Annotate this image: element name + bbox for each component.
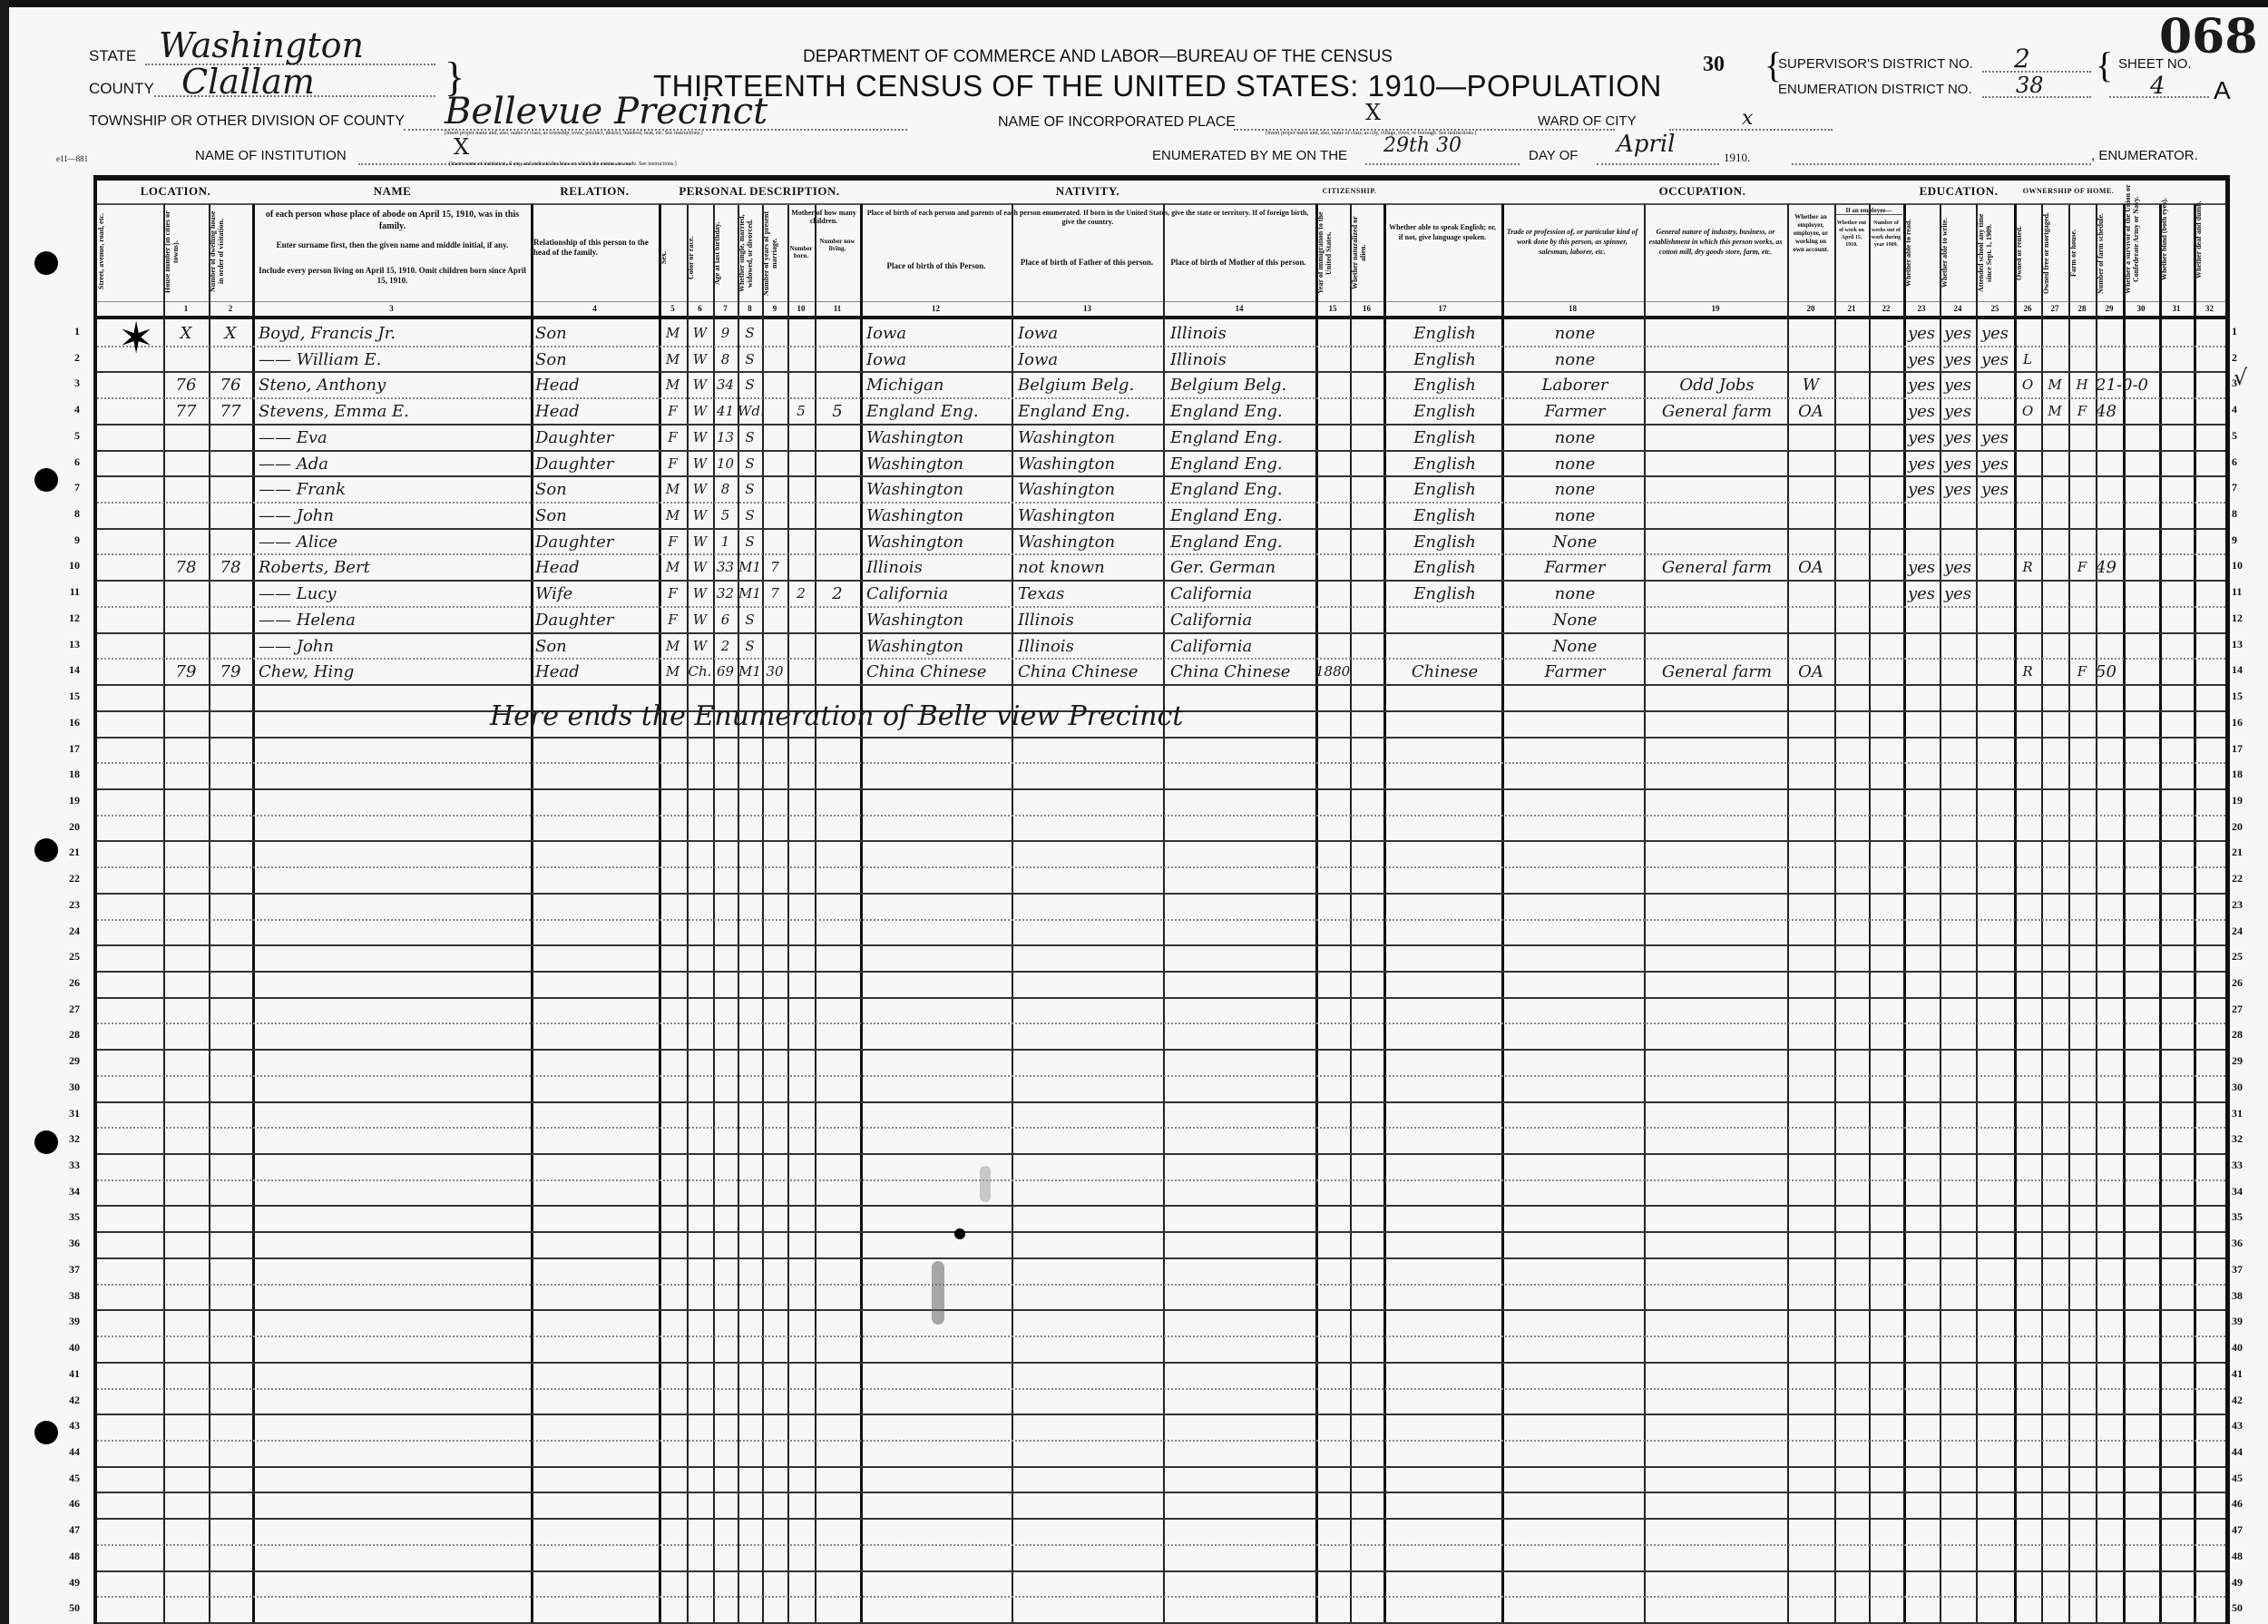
cell-trade[interactable]: Farmer — [1506, 398, 1644, 425]
cell-trade[interactable]: Farmer — [1506, 554, 1644, 581]
row-rule — [97, 1466, 2225, 1468]
cell-read[interactable]: yes — [1903, 372, 1940, 398]
cell-father[interactable]: Iowa — [1018, 320, 1163, 347]
cell-write[interactable]: yes — [1940, 581, 1976, 607]
cell-schedule[interactable]: 50 — [2096, 659, 2195, 685]
line-number-left: 33 — [53, 1159, 80, 1172]
cell-marital[interactable]: S — [738, 476, 762, 503]
cell-relation[interactable]: Head — [535, 659, 659, 685]
cell-marital[interactable]: S — [738, 372, 762, 398]
cell-birth[interactable]: England Eng. — [866, 398, 1012, 425]
cell-color[interactable]: W — [687, 529, 713, 555]
cell-mother[interactable]: China Chinese — [1170, 659, 1315, 685]
line-number-right: 7 — [2232, 481, 2259, 494]
cell-color[interactable]: W — [687, 476, 713, 503]
row-rule — [97, 1492, 2225, 1493]
line-number-left: 19 — [53, 794, 80, 807]
cell-marital[interactable]: S — [738, 320, 762, 347]
cell-birth[interactable]: Washington — [866, 476, 1012, 503]
cell-relation[interactable]: Son — [535, 633, 659, 660]
incorporated-value[interactable]: X — [1365, 100, 1381, 125]
cell-sex[interactable]: F — [659, 529, 687, 555]
cell-father[interactable]: Washington — [1018, 425, 1163, 451]
cell-father[interactable]: England Eng. — [1018, 398, 1163, 425]
line-number-right: 34 — [2232, 1185, 2259, 1198]
cell-dwelling[interactable]: 76 — [163, 372, 209, 398]
cell-name[interactable]: —— Helena — [259, 607, 531, 633]
line-number-left: 18 — [53, 768, 80, 781]
cell-birth[interactable]: Washington — [866, 529, 1012, 555]
cell-relation[interactable]: Daughter — [535, 607, 659, 633]
cell-trade[interactable]: none — [1506, 320, 1644, 347]
cell-years-married[interactable]: 7 — [762, 554, 787, 581]
cell-dwelling[interactable]: 77 — [163, 398, 209, 425]
cell-industry[interactable]: Odd Jobs — [1647, 372, 1787, 398]
cell-employer[interactable]: OA — [1787, 398, 1834, 425]
cell-age[interactable]: 33 — [713, 554, 738, 581]
cell-father[interactable]: Washington — [1018, 476, 1163, 503]
cell-sex[interactable]: M — [659, 372, 687, 398]
county-value[interactable]: Clallam — [181, 62, 315, 102]
column-number: 17 — [1383, 304, 1501, 313]
cell-father[interactable]: Iowa — [1018, 347, 1163, 373]
cell-marital[interactable]: S — [738, 451, 762, 477]
cell-father[interactable]: Washington — [1018, 451, 1163, 477]
cell-trade[interactable]: None — [1506, 529, 1644, 555]
line-number-right: 1 — [2232, 325, 2259, 338]
star-mark-icon: ✶ — [118, 318, 154, 361]
cell-write[interactable]: yes — [1940, 425, 1976, 451]
cell-mother[interactable]: England Eng. — [1170, 529, 1315, 555]
cell-marital[interactable]: S — [738, 633, 762, 660]
cell-mother[interactable]: Illinois — [1170, 347, 1315, 373]
cell-name[interactable]: Stevens, Emma E. — [259, 398, 531, 425]
line-number-left: 42 — [53, 1394, 80, 1407]
cell-birth[interactable]: Washington — [866, 425, 1012, 451]
cell-schedule[interactable]: 21-0-0 — [2096, 372, 2195, 398]
cell-name[interactable]: —— Ada — [259, 451, 531, 477]
line-number-left: 37 — [53, 1263, 80, 1277]
cell-mother[interactable]: California — [1170, 633, 1315, 660]
cell-write[interactable]: yes — [1940, 347, 1976, 373]
institution-value[interactable]: X — [454, 134, 469, 160]
cell-relation[interactable]: Daughter — [535, 529, 659, 555]
cell-age[interactable]: 34 — [713, 372, 738, 398]
cell-father[interactable]: Belgium Belg. — [1018, 372, 1163, 398]
colhead-marital: Whether single, married, widowed, or div… — [738, 209, 761, 298]
cell-dwelling[interactable]: X — [163, 320, 209, 347]
cell-employer[interactable]: OA — [1787, 659, 1834, 685]
cell-years-married[interactable]: 7 — [762, 581, 787, 607]
column-number: 23 — [1903, 304, 1940, 313]
cell-age[interactable]: 9 — [713, 320, 738, 347]
cell-sex[interactable]: M — [659, 503, 687, 529]
line-number-left: 14 — [53, 663, 80, 677]
cell-language[interactable]: English — [1388, 581, 1501, 607]
cell-age[interactable]: 1 — [713, 529, 738, 555]
row-rule — [97, 1179, 2225, 1181]
cell-trade[interactable]: Farmer — [1506, 659, 1644, 685]
cell-employer[interactable]: OA — [1787, 554, 1834, 581]
row-rule — [97, 762, 2225, 764]
cell-language[interactable]: English — [1388, 529, 1501, 555]
line-number-right: 44 — [2232, 1445, 2259, 1459]
cell-trade[interactable]: none — [1506, 476, 1644, 503]
cell-marital[interactable]: S — [738, 503, 762, 529]
cell-read[interactable]: yes — [1903, 581, 1940, 607]
cell-relation[interactable]: Head — [535, 372, 659, 398]
department-heading: DEPARTMENT OF COMMERCE AND LABOR—BUREAU … — [803, 47, 1393, 67]
cell-trade[interactable]: none — [1506, 451, 1644, 477]
cell-write[interactable]: yes — [1940, 476, 1976, 503]
cell-color[interactable]: W — [687, 633, 713, 660]
cell-write[interactable]: yes — [1940, 320, 1976, 347]
colhead-deaf: Whether deaf and dumb. — [2195, 181, 2227, 298]
month-value[interactable]: April — [1617, 131, 1675, 158]
line-number-right: 38 — [2232, 1289, 2259, 1303]
colhead-owned: Owned or rented. — [2015, 209, 2040, 298]
cell-language[interactable]: English — [1388, 554, 1501, 581]
cell-dwelling[interactable]: 78 — [163, 554, 209, 581]
cell-marital[interactable]: M1 — [738, 554, 762, 581]
cell-father[interactable]: Washington — [1018, 503, 1163, 529]
cell-age[interactable]: 69 — [713, 659, 738, 685]
cell-mother[interactable]: California — [1170, 607, 1315, 633]
cell-trade[interactable]: none — [1506, 503, 1644, 529]
cell-sex[interactable]: M — [659, 320, 687, 347]
cell-read[interactable]: yes — [1903, 320, 1940, 347]
cell-language[interactable]: English — [1388, 398, 1501, 425]
cell-mother[interactable]: Belgium Belg. — [1170, 372, 1315, 398]
cell-marital[interactable]: S — [738, 529, 762, 555]
cell-name[interactable]: —— Eva — [259, 425, 531, 451]
cell-color[interactable]: W — [687, 607, 713, 633]
cell-read[interactable]: yes — [1903, 425, 1940, 451]
cell-trade[interactable]: none — [1506, 581, 1644, 607]
cell-relation[interactable]: Daughter — [535, 425, 659, 451]
line-number-left: 10 — [53, 559, 80, 572]
margin-check-mark: √ — [2234, 365, 2247, 390]
cell-father[interactable]: Illinois — [1018, 607, 1163, 633]
cell-color[interactable]: W — [687, 398, 713, 425]
cell-free[interactable]: M — [2041, 372, 2068, 398]
cell-farm[interactable]: H — [2068, 372, 2096, 398]
cell-years-married[interactable]: 30 — [762, 659, 787, 685]
cell-school[interactable]: yes — [1976, 425, 2014, 451]
cell-trade[interactable]: None — [1506, 607, 1644, 633]
cell-marital[interactable]: M1 — [738, 659, 762, 685]
month-line — [1597, 163, 1719, 165]
cell-dwelling[interactable]: 79 — [163, 659, 209, 685]
cell-born[interactable]: 5 — [787, 398, 815, 425]
cell-name[interactable]: Chew, Hing — [259, 659, 531, 685]
cell-farm[interactable]: F — [2068, 398, 2096, 425]
cell-birth[interactable]: Washington — [866, 503, 1012, 529]
line-number-right: 32 — [2232, 1132, 2259, 1146]
cell-birth[interactable]: California — [866, 581, 1012, 607]
row-rule — [97, 840, 2225, 842]
cell-free[interactable]: M — [2041, 398, 2068, 425]
township-note: [Insert proper name and, also, name of c… — [445, 131, 703, 136]
cell-living[interactable]: 2 — [815, 581, 860, 607]
cell-birth[interactable]: Washington — [866, 451, 1012, 477]
cell-name[interactable]: —— John — [259, 633, 531, 660]
cell-relation[interactable]: Daughter — [535, 451, 659, 477]
cell-read[interactable]: yes — [1903, 554, 1940, 581]
cell-color[interactable]: W — [687, 503, 713, 529]
line-number-left: 27 — [53, 1003, 80, 1016]
cell-relation[interactable]: Head — [535, 554, 659, 581]
line-number-left: 21 — [53, 846, 80, 859]
cell-birth[interactable]: Iowa — [866, 347, 1012, 373]
line-number-left: 3 — [53, 377, 80, 390]
cell-marital[interactable]: S — [738, 347, 762, 373]
colhead-read: Whether able to read. — [1904, 209, 1939, 298]
cell-color[interactable]: W — [687, 451, 713, 477]
cell-owned[interactable]: L — [2014, 347, 2041, 373]
cell-language[interactable]: English — [1388, 425, 1501, 451]
cell-birth[interactable]: Washington — [866, 633, 1012, 660]
cell-owned[interactable]: O — [2014, 398, 2041, 425]
row-rule — [97, 737, 2225, 739]
cell-relation[interactable]: Son — [535, 503, 659, 529]
cell-name[interactable]: Steno, Anthony — [259, 372, 531, 398]
cell-mother[interactable]: Illinois — [1170, 320, 1315, 347]
cell-age[interactable]: 10 — [713, 451, 738, 477]
line-number-left: 6 — [53, 455, 80, 469]
cell-language[interactable]: English — [1388, 451, 1501, 477]
line-number-right: 11 — [2232, 585, 2259, 599]
cell-father[interactable]: not known — [1018, 554, 1163, 581]
scan-edge-top — [0, 0, 2268, 7]
column-number: 4 — [531, 304, 659, 313]
line-number-left: 26 — [53, 976, 80, 990]
cell-age[interactable]: 32 — [713, 581, 738, 607]
state-value[interactable]: Washington — [159, 25, 364, 65]
cell-name[interactable]: —— William E. — [259, 347, 531, 373]
column-number: 15 — [1315, 304, 1350, 313]
cell-living[interactable]: 5 — [815, 398, 860, 425]
cell-mother[interactable]: Ger. German — [1170, 554, 1315, 581]
cell-sex[interactable]: M — [659, 554, 687, 581]
row-rule — [97, 893, 2225, 895]
line-number-right: 4 — [2232, 403, 2259, 416]
enumeration-value[interactable]: 38 — [2016, 73, 2044, 98]
cell-family[interactable]: 79 — [209, 659, 252, 685]
cell-family[interactable]: 77 — [209, 398, 252, 425]
line-number-right: 23 — [2232, 898, 2259, 912]
cell-immigration[interactable]: 1880 — [1315, 659, 1350, 685]
cell-schedule[interactable]: 49 — [2096, 554, 2195, 581]
cell-sex[interactable]: F — [659, 425, 687, 451]
cell-sex[interactable]: F — [659, 581, 687, 607]
cell-marital[interactable]: Wd. — [738, 398, 762, 425]
cell-father[interactable]: Texas — [1018, 581, 1163, 607]
cell-trade[interactable]: Laborer — [1506, 372, 1644, 398]
cell-farm[interactable]: F — [2068, 554, 2096, 581]
cell-age[interactable]: 2 — [713, 633, 738, 660]
row-rule — [97, 866, 2225, 868]
cell-schedule[interactable]: 48 — [2096, 398, 2195, 425]
line-number-left: 43 — [53, 1419, 80, 1433]
cell-birth[interactable]: Michigan — [866, 372, 1012, 398]
enumerated-day-value[interactable]: 29th 30 — [1383, 134, 1461, 157]
cell-school[interactable]: yes — [1976, 320, 2014, 347]
supervisor-value[interactable]: 2 — [2014, 44, 2030, 73]
cell-age[interactable]: 13 — [713, 425, 738, 451]
column-number: 1 — [163, 304, 209, 313]
cell-color[interactable]: W — [687, 320, 713, 347]
cell-language[interactable]: English — [1388, 347, 1501, 373]
cell-trade[interactable]: None — [1506, 633, 1644, 660]
cell-marital[interactable]: S — [738, 607, 762, 633]
cell-school[interactable]: yes — [1976, 347, 2014, 373]
cell-age[interactable]: 5 — [713, 503, 738, 529]
sheet-side: A — [2214, 76, 2231, 105]
row-rule — [97, 944, 2225, 946]
line-number-right: 42 — [2232, 1394, 2259, 1407]
column-number: 22 — [1869, 304, 1903, 313]
cell-family[interactable]: 76 — [209, 372, 252, 398]
form-number: 30 — [1703, 53, 1725, 77]
cell-farm[interactable]: F — [2068, 659, 2096, 685]
cell-father[interactable]: Illinois — [1018, 633, 1163, 660]
cell-language[interactable]: Chinese — [1388, 659, 1501, 685]
cell-relation[interactable]: Son — [535, 476, 659, 503]
body-top-rule — [97, 316, 2225, 319]
cell-trade[interactable]: none — [1506, 425, 1644, 451]
cell-language[interactable]: English — [1388, 476, 1501, 503]
cell-sex[interactable]: M — [659, 347, 687, 373]
cell-industry[interactable]: General farm — [1647, 659, 1787, 685]
cell-birth[interactable]: Illinois — [866, 554, 1012, 581]
cell-birth[interactable]: Washington — [866, 607, 1012, 633]
cell-father[interactable]: China Chinese — [1018, 659, 1163, 685]
cell-age[interactable]: 8 — [713, 347, 738, 373]
cell-owned[interactable]: R — [2014, 554, 2041, 581]
cell-age[interactable]: 8 — [713, 476, 738, 503]
cell-write[interactable]: yes — [1940, 554, 1976, 581]
cell-name[interactable]: Boyd, Francis Jr. — [259, 320, 531, 347]
cell-relation[interactable]: Head — [535, 398, 659, 425]
column-number: 25 — [1976, 304, 2014, 313]
cell-color[interactable]: W — [687, 347, 713, 373]
cell-sex[interactable]: F — [659, 398, 687, 425]
line-number-right: 29 — [2232, 1054, 2259, 1068]
cell-marital[interactable]: M1 — [738, 581, 762, 607]
cell-mother[interactable]: California — [1170, 581, 1315, 607]
cell-father[interactable]: Washington — [1018, 529, 1163, 555]
ward-value[interactable]: x — [1742, 107, 1753, 130]
colhead-name-2: Enter surname first, then the given name… — [259, 240, 526, 250]
cell-language[interactable]: English — [1388, 503, 1501, 529]
line-number-left: 15 — [53, 690, 80, 703]
line-number-left: 16 — [53, 716, 80, 729]
cell-mother[interactable]: England Eng. — [1170, 503, 1315, 529]
cell-mother[interactable]: England Eng. — [1170, 451, 1315, 477]
cell-name[interactable]: —— John — [259, 503, 531, 529]
cell-name[interactable]: —— Alice — [259, 529, 531, 555]
line-number-right: 30 — [2232, 1081, 2259, 1094]
cell-school[interactable]: yes — [1976, 451, 2014, 477]
cell-write[interactable]: yes — [1940, 451, 1976, 477]
cell-color[interactable]: Ch. — [687, 659, 713, 685]
cell-marital[interactable]: S — [738, 425, 762, 451]
row-rule — [97, 1544, 2225, 1546]
cell-relation[interactable]: Son — [535, 347, 659, 373]
column-number: 5 — [659, 304, 687, 313]
cell-birth[interactable]: Iowa — [866, 320, 1012, 347]
cell-sex[interactable]: M — [659, 476, 687, 503]
cell-mother[interactable]: England Eng. — [1170, 476, 1315, 503]
cell-industry[interactable]: General farm — [1647, 554, 1787, 581]
cell-write[interactable]: yes — [1940, 372, 1976, 398]
line-number-left: 2 — [53, 351, 80, 365]
line-number-right: 12 — [2232, 611, 2259, 625]
row-rule — [97, 1075, 2225, 1077]
cell-language[interactable]: English — [1388, 320, 1501, 347]
cell-owned[interactable]: O — [2014, 372, 2041, 398]
cell-family[interactable]: 78 — [209, 554, 252, 581]
cell-color[interactable]: W — [687, 554, 713, 581]
cell-language[interactable]: English — [1388, 372, 1501, 398]
cell-age[interactable]: 6 — [713, 607, 738, 633]
cell-read[interactable]: yes — [1903, 398, 1940, 425]
sheet-value[interactable]: 4 — [2150, 73, 2165, 100]
line-number-left: 39 — [53, 1315, 80, 1328]
cell-born[interactable]: 2 — [787, 581, 815, 607]
cell-school[interactable]: yes — [1976, 476, 2014, 503]
colhead-birth-father: Place of birth of Father of this person. — [1014, 258, 1159, 268]
cell-mother[interactable]: England Eng. — [1170, 425, 1315, 451]
line-number-right: 31 — [2232, 1107, 2259, 1120]
cell-color[interactable]: W — [687, 425, 713, 451]
cell-relation[interactable]: Wife — [535, 581, 659, 607]
colhead-schedule: Number of farm schedule. — [2097, 209, 2122, 298]
column-number: 24 — [1940, 304, 1976, 313]
cell-sex[interactable]: M — [659, 633, 687, 660]
cell-sex[interactable]: F — [659, 607, 687, 633]
cell-sex[interactable]: F — [659, 451, 687, 477]
cell-name[interactable]: —— Frank — [259, 476, 531, 503]
line-number-left: 47 — [53, 1523, 80, 1537]
cell-sex[interactable]: M — [659, 659, 687, 685]
cell-trade[interactable]: none — [1506, 347, 1644, 373]
cell-name[interactable]: —— Lucy — [259, 581, 531, 607]
cell-relation[interactable]: Son — [535, 320, 659, 347]
cell-birth[interactable]: China Chinese — [866, 659, 1012, 685]
cell-family[interactable]: X — [209, 320, 252, 347]
cell-age[interactable]: 41 — [713, 398, 738, 425]
cell-mother[interactable]: England Eng. — [1170, 398, 1315, 425]
cell-color[interactable]: W — [687, 581, 713, 607]
cell-employer[interactable]: W — [1787, 372, 1834, 398]
line-number-right: 10 — [2232, 559, 2259, 572]
cell-read[interactable]: yes — [1903, 476, 1940, 503]
cell-industry[interactable]: General farm — [1647, 398, 1787, 425]
cell-read[interactable]: yes — [1903, 451, 1940, 477]
line-number-left: 46 — [53, 1497, 80, 1511]
cell-name[interactable]: Roberts, Bert — [259, 554, 531, 581]
cell-read[interactable]: yes — [1903, 347, 1940, 373]
line-number-right: 46 — [2232, 1497, 2259, 1511]
row-rule — [97, 1127, 2225, 1129]
cell-write[interactable]: yes — [1940, 398, 1976, 425]
cell-color[interactable]: W — [687, 372, 713, 398]
colhead-out-of-work: Whether out of work on April 15, 1910. — [1835, 220, 1868, 249]
cell-owned[interactable]: R — [2014, 659, 2041, 685]
scan-edge-left — [0, 0, 9, 1624]
